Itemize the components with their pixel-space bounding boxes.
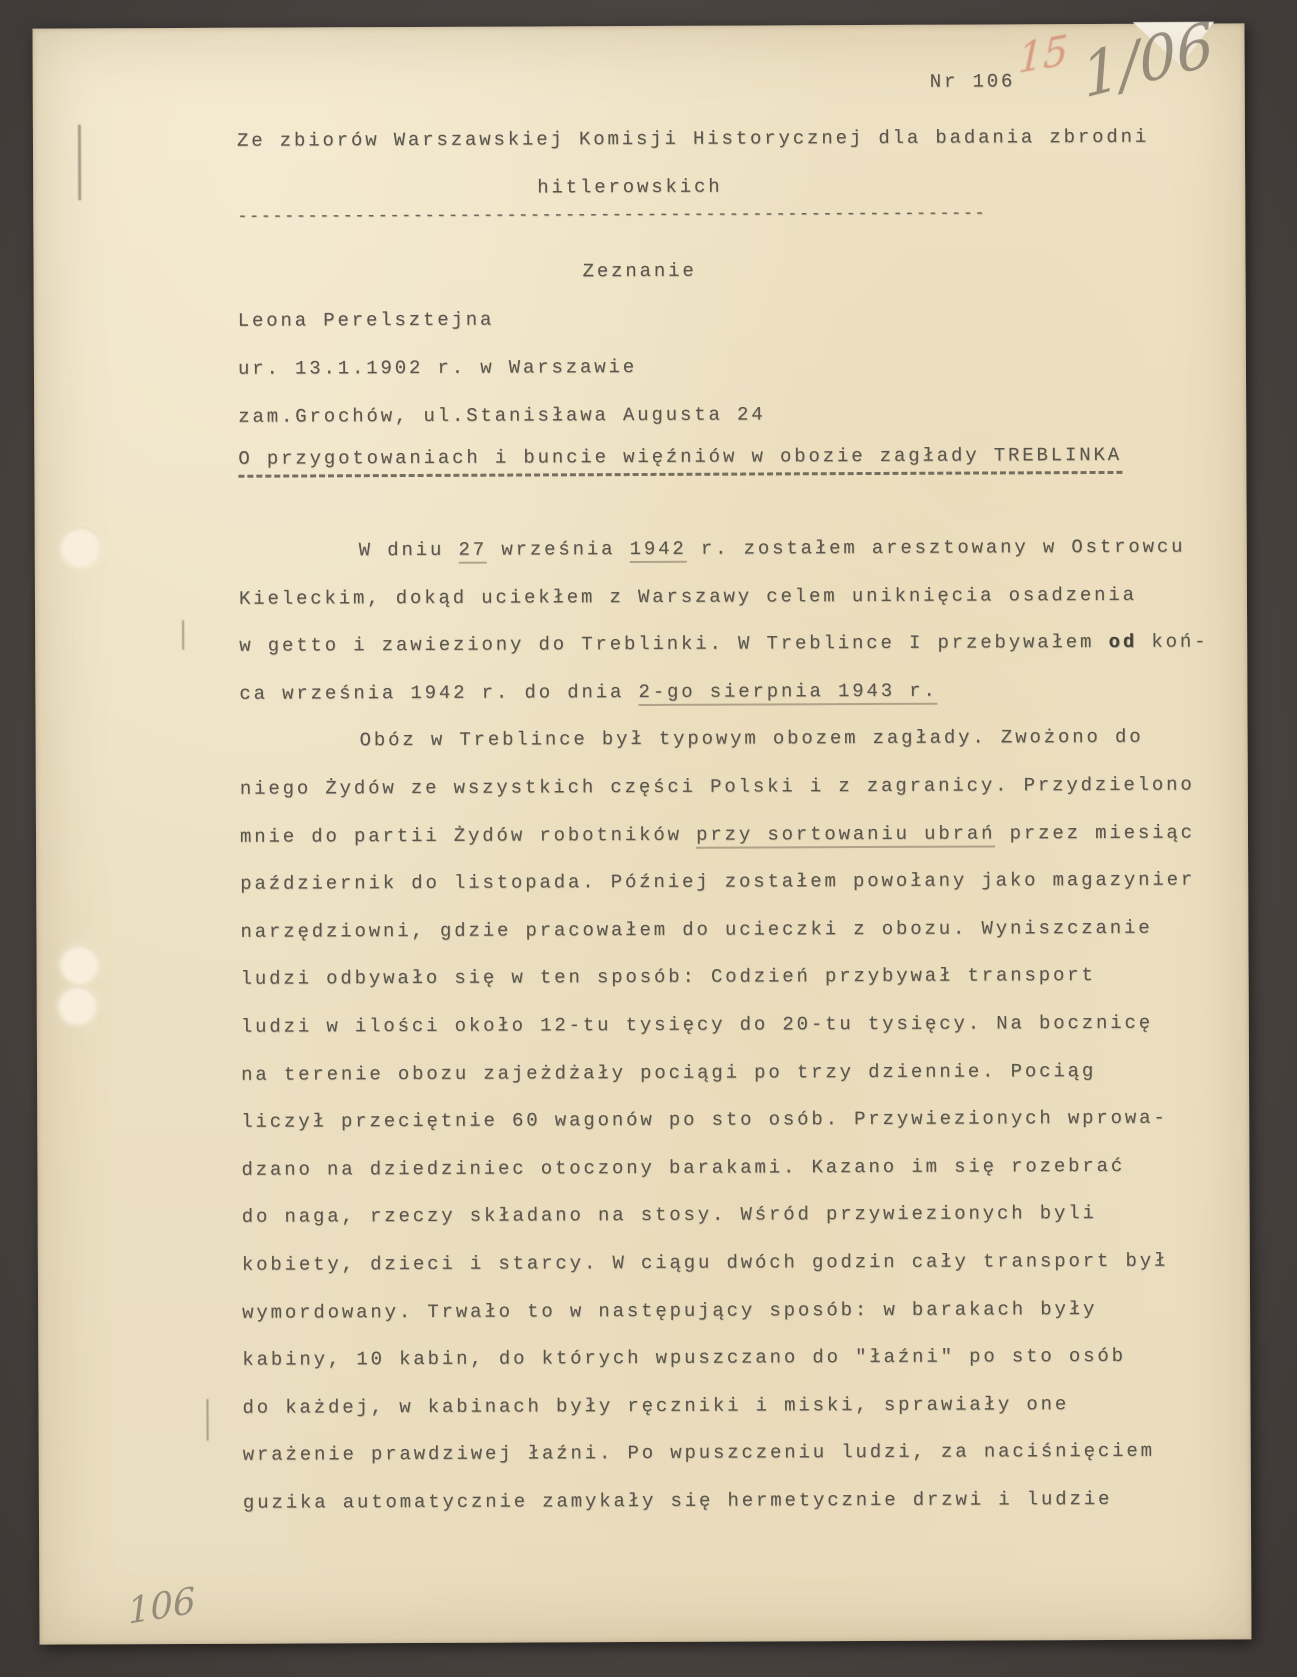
typewritten-line: ludzi w ilości około 12-tu tysięcy do 20… [241,999,1231,1051]
typewritten-line: W dniu 27 września 1942 r. zostałem ares… [239,523,1229,575]
typewritten-line: liczył przeciętnie 60 wagonów po sto osó… [241,1095,1231,1147]
testimony-heading: Zeznanie [582,260,696,282]
text-segment: Obóz w Treblince był typowym obozem zagł… [360,726,1144,751]
text-segment: w getto i zawieziony do Treblinki. W Tre… [239,631,1108,657]
text-segment: ludzi odbywało się w ten sposób: Codzień… [241,964,1096,990]
witness-birth-line: ur. 13.1.1902 r. w Warszawie [238,356,637,380]
typewritten-line: kabiny, 10 kabin, do których wpuszczano … [242,1333,1232,1385]
text-segment: dzano na dziedziniec otoczony barakami. … [241,1155,1125,1181]
typed-separator: ----------------------------------------… [237,204,986,226]
text-segment: liczył przeciętnie 60 wagonów po sto osó… [241,1107,1167,1133]
typewritten-line: wymordowany. Trwało to w następujący spo… [242,1285,1232,1337]
punch-hole [59,944,99,984]
text-segment: kabiny, 10 kabin, do których wpuszczano … [242,1345,1126,1371]
text-segment: październik do listopada. Później został… [240,869,1195,895]
text-segment: do naga, rzeczy składano na stosy. Wśród… [242,1202,1097,1228]
collection-line-2: hitlerowskich [537,176,722,199]
typewritten-line: wrażenie prawdziwej łaźni. Po wpuszczeni… [243,1428,1233,1480]
text-segment: narzędziowni, gdzie pracowałem do uciecz… [240,917,1152,943]
typewritten-line: Kieleckim, dokąd uciekłem z Warszawy cel… [239,571,1229,623]
handwritten-number-top-right: 1/06 [1079,9,1217,112]
witness-name: Leona Perelsztejna [238,309,495,332]
typewritten-line: niego Żydów ze wszystkich części Polski … [240,761,1230,813]
typewritten-line: mnie do partii Żydów robotników przy sor… [240,809,1230,861]
text-segment: mnie do partii Żydów robotników [240,823,696,847]
testimony-subject: O przygotowaniach i buncie więźniów w ob… [238,444,1122,478]
document-number: Nr 106 [930,70,1016,92]
pencil-tick [182,620,184,650]
text-segment: ludzi w ilości około 12-tu tysięcy do 20… [241,1012,1153,1038]
text-segment: września [487,538,630,561]
handwritten-number-bottom-left: 106 [127,1581,197,1633]
text-segment: r. zostałem aresztowany w Ostrowcu [687,536,1186,560]
typewritten-line: październik do listopada. Później został… [240,857,1230,909]
text-segment: na terenie obozu zajeżdżały pociągi po t… [241,1060,1096,1086]
typewritten-line: w getto i zawieziony do Treblinki. W Tre… [239,619,1229,671]
text-segment: Kieleckim, dokąd uciekłem z Warszawy cel… [239,583,1137,609]
punch-hole [60,526,102,568]
typewritten-line: guzika automatycznie zamykały się hermet… [243,1475,1233,1527]
text-segment: koń- [1137,631,1208,653]
punch-hole [58,985,98,1025]
testimony-body: W dniu 27 września 1942 r. zostałem ares… [239,523,1233,1527]
text-segment: W dniu [359,539,459,561]
typewritten-line: Obóz w Treblince był typowym obozem zagł… [239,714,1229,766]
pencil-underlined-text: przy sortowaniu ubrań [696,822,995,848]
typewritten-line: kobiety, dzieci i starcy. W ciągu dwóch … [242,1237,1232,1289]
typewritten-line: do naga, rzeczy składano na stosy. Wśród… [242,1190,1232,1242]
typewritten-line: dzano na dziedziniec otoczony barakami. … [241,1142,1231,1194]
overstruck-text: od [1108,631,1137,653]
handwritten-red-mark: 15 [1017,27,1069,83]
witness-address-line: zam.Grochów, ul.Stanisława Augusta 24 [238,403,765,427]
text-segment: guzika automatycznie zamykały się hermet… [243,1488,1112,1514]
text-segment: wymordowany. Trwało to w następujący spo… [242,1298,1097,1324]
collection-line-1: Ze zbiorów Warszawskiej Komisji Historyc… [237,126,1149,152]
pencil-underlined-text: 1942 [630,538,687,563]
document-page: 15 1/06 106 Nr 106 Ze zbiorów Warszawski… [32,23,1251,1644]
text-segment: niego Żydów ze wszystkich części Polski … [240,774,1195,800]
typewritten-line: na terenie obozu zajeżdżały pociągi po t… [241,1047,1231,1099]
text-segment: wrażenie prawdziwej łaźni. Po wpuszczeni… [243,1440,1155,1466]
scan-background: { "annotations": { "top_right_number": "… [0,0,1297,1677]
typewritten-line: narzędziowni, gdzie pracowałem do uciecz… [240,904,1230,956]
pencil-underlined-text: 2-go sierpnia 1943 r. [638,679,937,705]
text-segment: ca września 1942 r. do dnia [239,681,638,705]
text-segment: kobiety, dzieci i starcy. W ciągu dwóch … [242,1250,1168,1276]
text-segment: przez miesiąc [995,821,1195,844]
text-segment: do każdej, w kabinach były ręczniki i mi… [242,1393,1069,1419]
typewritten-line: do każdej, w kabinach były ręczniki i mi… [242,1380,1232,1432]
typewritten-line: ca września 1942 r. do dnia 2-go sierpni… [239,666,1229,718]
pencil-tick [206,1399,208,1441]
typewritten-line: ludzi odbywało się w ten sposób: Codzień… [241,952,1231,1004]
pencil-mark-vertical [78,124,81,200]
pencil-underlined-text: 27 [458,539,487,564]
